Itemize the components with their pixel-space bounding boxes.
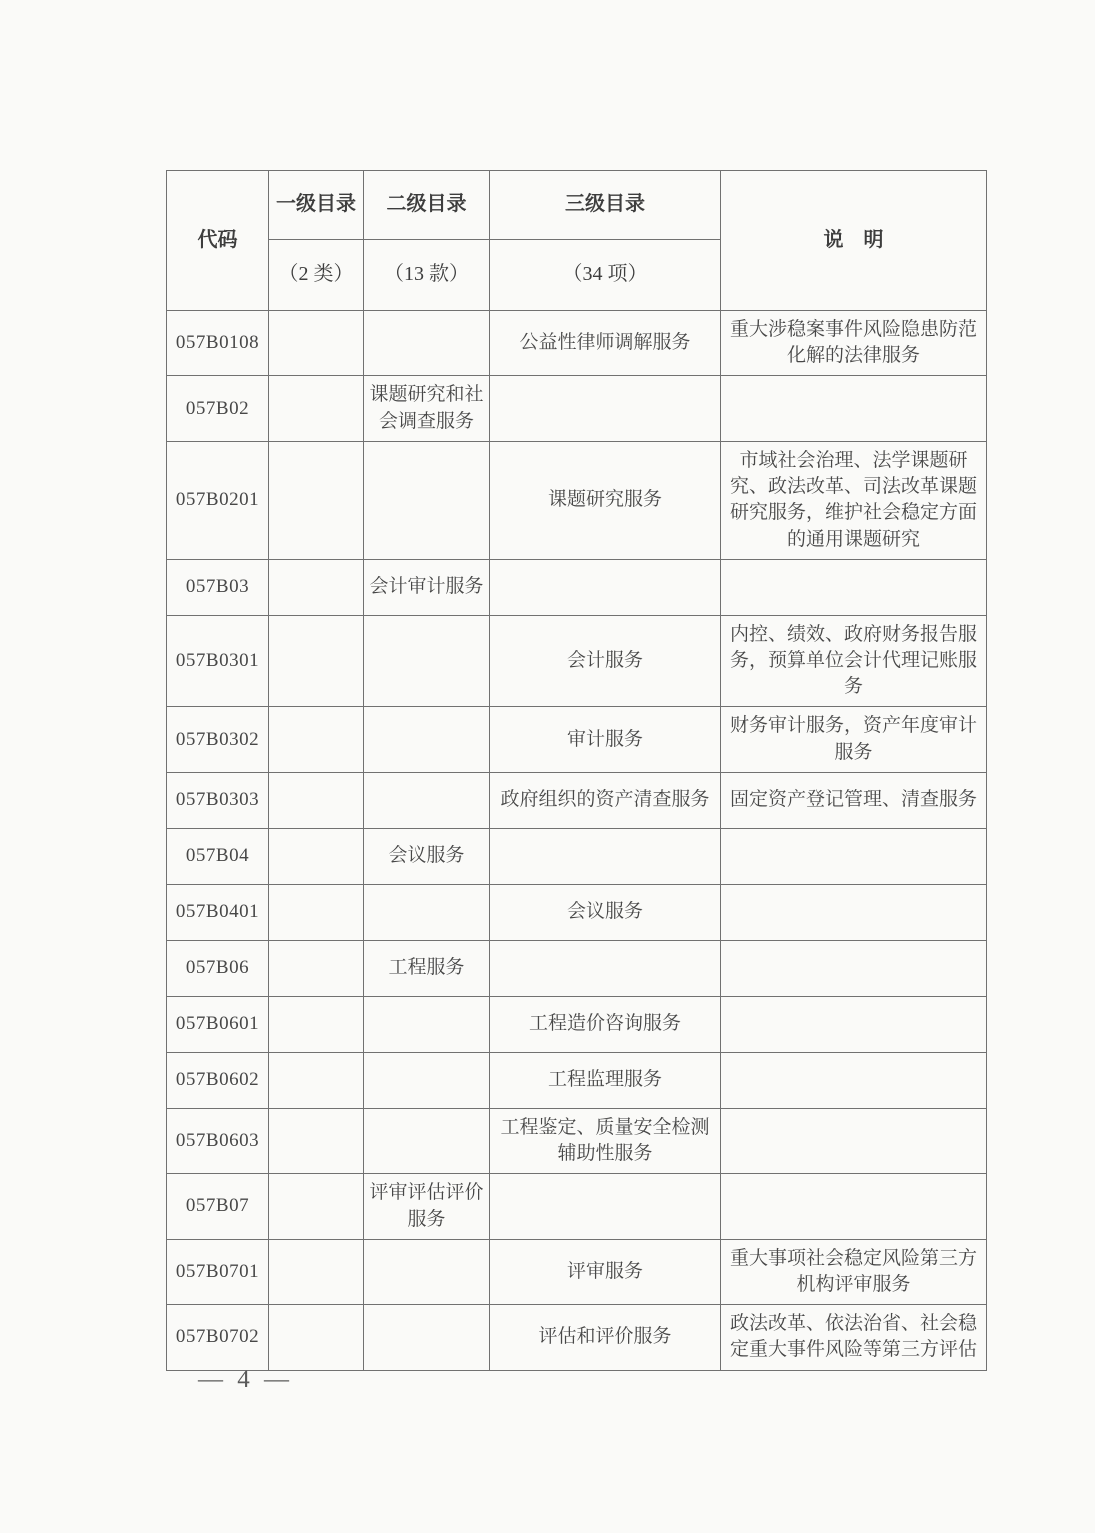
cell-level1 (269, 772, 364, 828)
cell-description: 市域社会治理、法学课题研究、政法改革、司法改革课题研究服务，维护社会稳定方面的通… (721, 441, 987, 559)
cell-level3: 会议服务 (490, 884, 721, 940)
cell-code: 057B0108 (167, 311, 269, 376)
cell-code: 057B06 (167, 940, 269, 996)
cell-level3: 评估和评价服务 (490, 1305, 721, 1370)
cell-level2 (364, 884, 490, 940)
header-level2: 二级目录 (364, 171, 490, 240)
cell-level3: 工程造价咨询服务 (490, 996, 721, 1052)
cell-level3: 公益性律师调解服务 (490, 311, 721, 376)
table-row: 057B03会计审计服务 (167, 559, 987, 615)
header-level2-count: （13 款） (364, 240, 490, 311)
cell-code: 057B03 (167, 559, 269, 615)
cell-level2 (364, 1305, 490, 1370)
cell-description: 政法改革、依法治省、社会稳定重大事件风险等第三方评估 (721, 1305, 987, 1370)
table-row: 057B07评审评估评价服务 (167, 1174, 987, 1239)
cell-code: 057B0303 (167, 772, 269, 828)
cell-description (721, 376, 987, 441)
table-row: 057B0301会计服务内控、绩效、政府财务报告服务，预算单位会计代理记账服务 (167, 615, 987, 707)
cell-level3 (490, 1174, 721, 1239)
cell-level2 (364, 615, 490, 707)
cell-level3: 会计服务 (490, 615, 721, 707)
cell-description: 财务审计服务，资产年度审计服务 (721, 707, 987, 772)
catalog-table: 代码 一级目录 二级目录 三级目录 说 明 （2 类） （13 款） （34 项… (166, 170, 987, 1371)
cell-code: 057B0701 (167, 1239, 269, 1304)
table-row: 057B0603工程鉴定、质量安全检测辅助性服务 (167, 1108, 987, 1173)
cell-code: 057B0603 (167, 1108, 269, 1173)
cell-level2 (364, 441, 490, 559)
cell-level1 (269, 940, 364, 996)
cell-code: 057B0702 (167, 1305, 269, 1370)
cell-level3: 政府组织的资产清查服务 (490, 772, 721, 828)
cell-description: 内控、绩效、政府财务报告服务，预算单位会计代理记账服务 (721, 615, 987, 707)
table-row: 057B0302审计服务财务审计服务，资产年度审计服务 (167, 707, 987, 772)
cell-level3: 评审服务 (490, 1239, 721, 1304)
cell-level1 (269, 828, 364, 884)
cell-description: 重大事项社会稳定风险第三方机构评审服务 (721, 1239, 987, 1304)
header-description: 说 明 (721, 171, 987, 311)
table-row: 057B0701评审服务重大事项社会稳定风险第三方机构评审服务 (167, 1239, 987, 1304)
header-level3: 三级目录 (490, 171, 721, 240)
cell-code: 057B0401 (167, 884, 269, 940)
cell-level2: 会计审计服务 (364, 559, 490, 615)
cell-code: 057B0302 (167, 707, 269, 772)
cell-code: 057B04 (167, 828, 269, 884)
cell-level2: 会议服务 (364, 828, 490, 884)
cell-description (721, 1108, 987, 1173)
table-row: 057B0108公益性律师调解服务重大涉稳案事件风险隐患防范化解的法律服务 (167, 311, 987, 376)
cell-level1 (269, 1052, 364, 1108)
table-row: 057B02课题研究和社会调查服务 (167, 376, 987, 441)
cell-level1 (269, 996, 364, 1052)
cell-code: 057B02 (167, 376, 269, 441)
cell-level2 (364, 772, 490, 828)
cell-level2: 课题研究和社会调查服务 (364, 376, 490, 441)
table-row: 057B04会议服务 (167, 828, 987, 884)
cell-level3 (490, 376, 721, 441)
table-row: 057B0201课题研究服务市域社会治理、法学课题研究、政法改革、司法改革课题研… (167, 441, 987, 559)
cell-level2 (364, 996, 490, 1052)
cell-level3 (490, 559, 721, 615)
cell-level2 (364, 1108, 490, 1173)
cell-level1 (269, 559, 364, 615)
header-code: 代码 (167, 171, 269, 311)
cell-level1 (269, 1174, 364, 1239)
cell-description (721, 828, 987, 884)
cell-code: 057B07 (167, 1174, 269, 1239)
cell-level1 (269, 707, 364, 772)
table-header: 代码 一级目录 二级目录 三级目录 说 明 （2 类） （13 款） （34 项… (167, 171, 987, 311)
cell-level3: 课题研究服务 (490, 441, 721, 559)
cell-description (721, 884, 987, 940)
table-row: 057B0303政府组织的资产清查服务固定资产登记管理、清查服务 (167, 772, 987, 828)
table-body: 057B0108公益性律师调解服务重大涉稳案事件风险隐患防范化解的法律服务057… (167, 311, 987, 1371)
cell-description: 固定资产登记管理、清查服务 (721, 772, 987, 828)
table-row: 057B0601工程造价咨询服务 (167, 996, 987, 1052)
cell-level2 (364, 1052, 490, 1108)
document-page: 代码 一级目录 二级目录 三级目录 说 明 （2 类） （13 款） （34 项… (0, 0, 1095, 1533)
cell-level1 (269, 1239, 364, 1304)
cell-level1 (269, 376, 364, 441)
cell-level3: 审计服务 (490, 707, 721, 772)
cell-level2 (364, 707, 490, 772)
cell-level2: 工程服务 (364, 940, 490, 996)
cell-description (721, 559, 987, 615)
cell-level1 (269, 441, 364, 559)
cell-description (721, 1174, 987, 1239)
cell-code: 057B0301 (167, 615, 269, 707)
table-row: 057B06工程服务 (167, 940, 987, 996)
cell-level1 (269, 1305, 364, 1370)
cell-code: 057B0602 (167, 1052, 269, 1108)
table-row: 057B0401会议服务 (167, 884, 987, 940)
cell-description (721, 940, 987, 996)
cell-code: 057B0601 (167, 996, 269, 1052)
header-row-titles: 代码 一级目录 二级目录 三级目录 说 明 (167, 171, 987, 240)
cell-level1 (269, 615, 364, 707)
cell-level3: 工程鉴定、质量安全检测辅助性服务 (490, 1108, 721, 1173)
cell-level1 (269, 311, 364, 376)
cell-description (721, 996, 987, 1052)
table-row: 057B0702评估和评价服务政法改革、依法治省、社会稳定重大事件风险等第三方评… (167, 1305, 987, 1370)
cell-code: 057B0201 (167, 441, 269, 559)
header-level1: 一级目录 (269, 171, 364, 240)
cell-level1 (269, 884, 364, 940)
table-row: 057B0602工程监理服务 (167, 1052, 987, 1108)
cell-description (721, 1052, 987, 1108)
cell-level3 (490, 828, 721, 884)
header-level1-count: （2 类） (269, 240, 364, 311)
cell-level2 (364, 1239, 490, 1304)
cell-level3: 工程监理服务 (490, 1052, 721, 1108)
cell-level2: 评审评估评价服务 (364, 1174, 490, 1239)
page-number: — 4 — (198, 1366, 293, 1394)
header-level3-count: （34 项） (490, 240, 721, 311)
cell-level1 (269, 1108, 364, 1173)
cell-description: 重大涉稳案事件风险隐患防范化解的法律服务 (721, 311, 987, 376)
cell-level3 (490, 940, 721, 996)
cell-level2 (364, 311, 490, 376)
